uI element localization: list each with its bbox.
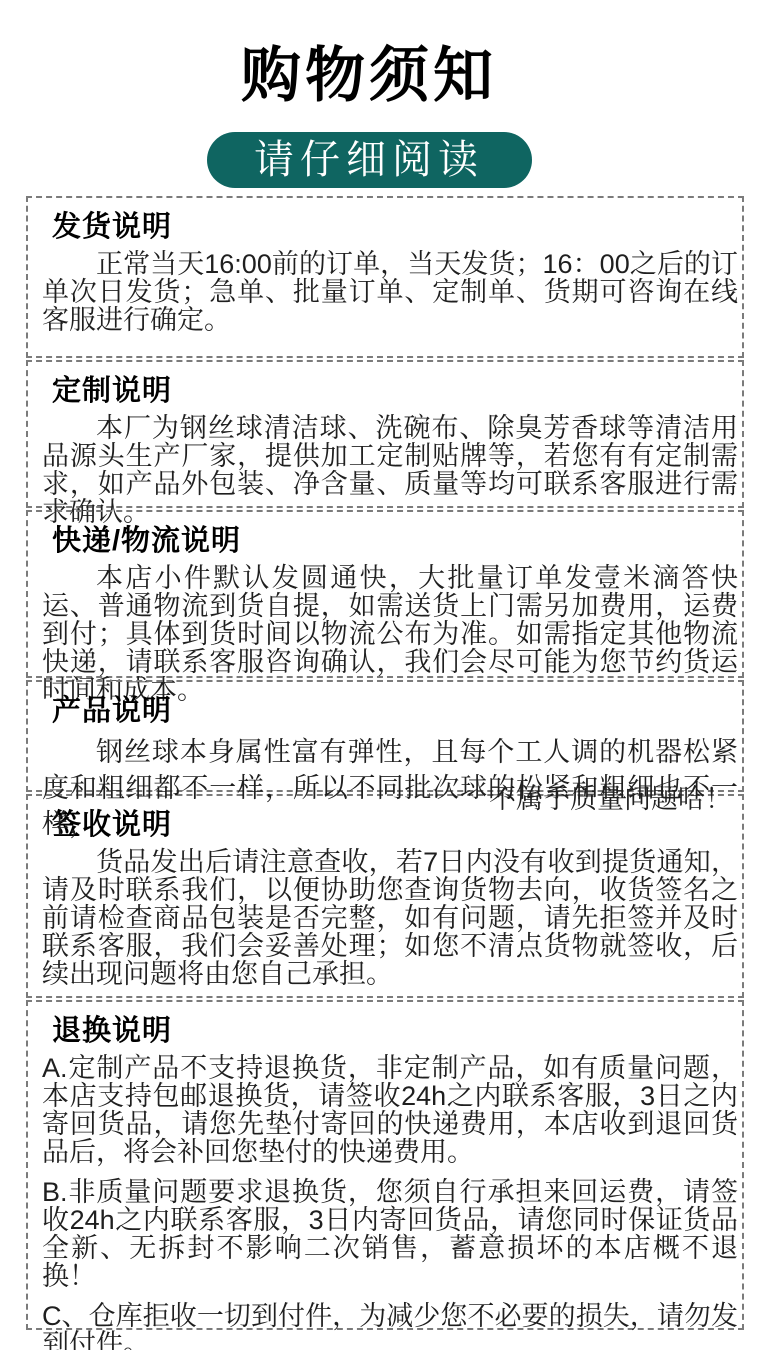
section-logistics: 快递/物流说明 本店小件默认发圆通快，大批量订单发壹米滴答快运、普通物流到货自提… bbox=[26, 510, 744, 678]
section-customization: 定制说明 本厂为钢丝球清洁球、洗碗布、除臭芳香球等清洁用品源头生产厂家，提供加工… bbox=[26, 360, 744, 508]
section-shipping: 发货说明 正常当天16:00前的订单，当天发货；16：00之后的订单次日发货；急… bbox=[26, 196, 744, 358]
section-shipping-body: 正常当天16:00前的订单，当天发货；16：00之后的订单次日发货；急单、批量订… bbox=[42, 250, 738, 334]
section-product-title: 产品说明 bbox=[42, 682, 738, 734]
section-product: 产品说明 钢丝球本身属性富有弹性，且每个工人调的机器松紧度和粗细都不一样，所以不… bbox=[26, 680, 744, 792]
poster-header: 购物须知 请仔细阅读 bbox=[0, 0, 754, 188]
shopping-notice-poster: 购物须知 请仔细阅读 发货说明 正常当天16:00前的订单，当天发货；16：00… bbox=[0, 0, 770, 1330]
section-logistics-title: 快递/物流说明 bbox=[42, 512, 738, 564]
read-carefully-badge: 请仔细阅读 bbox=[207, 132, 532, 188]
section-customization-title: 定制说明 bbox=[42, 362, 738, 414]
section-returns: 退换说明 A.定制产品不支持退换货，非定制产品，如有质量问题，本店支持包邮退换货… bbox=[26, 1000, 744, 1330]
section-returns-item-a: A.定制产品不支持退换货，非定制产品，如有质量问题，本店支持包邮退换货，请签收2… bbox=[42, 1054, 738, 1166]
section-returns-item-c: C、仓库拒收一切到付件，为减少您不必要的损失，请勿发到付件。 bbox=[42, 1302, 738, 1350]
notice-sections: 发货说明 正常当天16:00前的订单，当天发货；16：00之后的订单次日发货；急… bbox=[26, 196, 744, 1330]
section-product-tail-note: 不属于质量问题哈！ bbox=[489, 784, 732, 814]
page-title: 购物须知 bbox=[0, 0, 754, 110]
section-returns-item-b: B.非质量问题要求退换货，您须自行承担来回运费，请签收24h之内联系客服，3日内… bbox=[42, 1178, 738, 1290]
section-returns-title: 退换说明 bbox=[42, 1002, 738, 1054]
section-sign-off-body: 货品发出后请注意查收，若7日内没有收到提货通知，请及时联系我们，以便协助您查询货… bbox=[42, 848, 738, 988]
section-shipping-title: 发货说明 bbox=[42, 198, 738, 250]
